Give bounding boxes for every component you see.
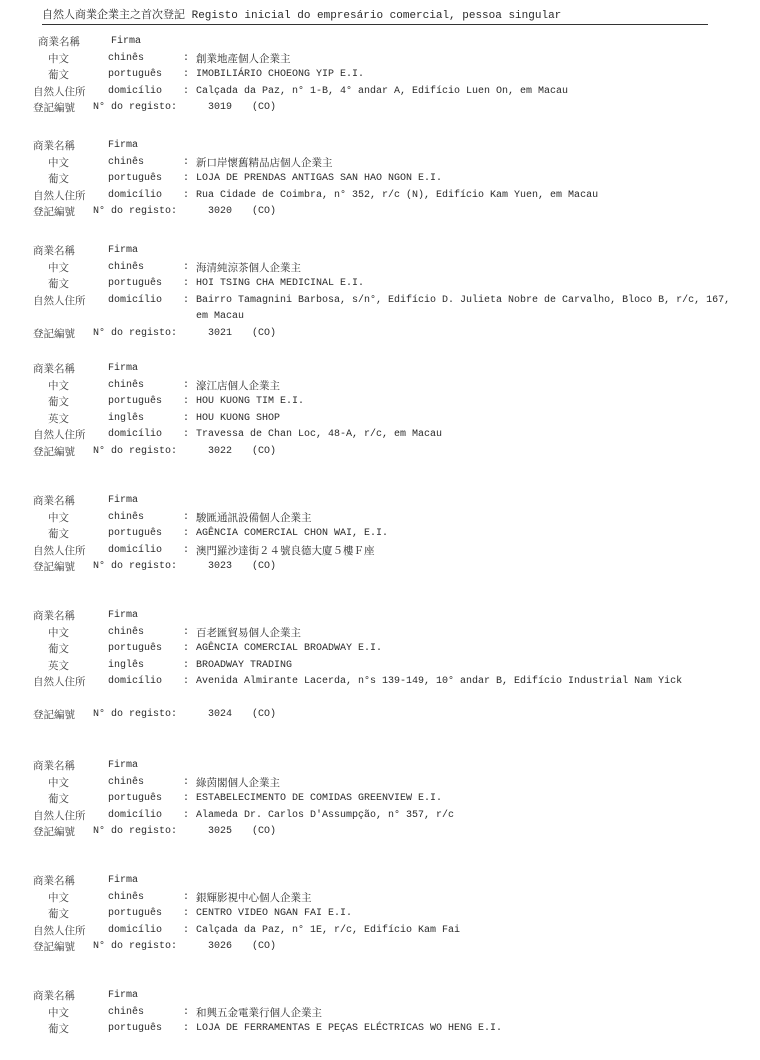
firma-label-zh: 商業名稱 [33,243,75,260]
firma-label-zh: 商業名稱 [33,988,75,1005]
registration-tag: (CO) [252,824,276,841]
firma-row: 商業名稱 Firma [0,243,760,260]
chinese-label-pt: chinês [108,510,144,527]
portuguese-name-value: HOI TSING CHA MEDICINAL E.I. [196,276,364,293]
colon: : [183,641,189,658]
firma-label-zh: 商業名稱 [38,34,80,51]
portuguese-label-zh: 葡文 [48,67,69,84]
colon: : [183,427,189,444]
firma-row: 商業名稱 Firma [0,988,760,1005]
english-label-zh: 英文 [48,658,69,675]
portuguese-label-zh: 葡文 [48,394,69,411]
domicile-value: Calçada da Paz, n° 1E, r/c, Edifício Kam… [196,923,460,940]
chinese-name-row: 中文 chinês : 海清純涼茶個人企業主 [0,260,760,277]
colon: : [183,923,189,940]
portuguese-name-row: 葡文 português : AGÊNCIA COMERCIAL BROADWA… [0,641,760,658]
portuguese-name-row: 葡文 português : IMOBILIÁRIO CHOEONG YIP E… [0,67,760,84]
registration-number: 3026 [208,939,232,956]
domicile-value: Bairro Tamagnini Barbosa, s/n°, Edifício… [196,293,736,326]
registration-entry: 商業名稱 Firma 中文 chinês : 銀輝影視中心個人企業主 葡文 po… [0,873,760,956]
domicile-label-pt: domicílio [108,293,162,310]
firma-label-pt: Firma [111,34,141,51]
chinese-name-value: 駿匯通訊設備個人企業主 [196,510,312,527]
title-portuguese: Registo inicial do empresário comercial,… [192,10,562,22]
registration-label-pt: N° do registo: [93,204,177,221]
firma-row: 商業名稱 Firma [0,758,760,775]
firma-label-pt: Firma [108,608,138,625]
firma-row: 商業名稱 Firma [0,873,760,890]
firma-label-pt: Firma [108,988,138,1005]
portuguese-name-value: AGÊNCIA COMERCIAL BROADWAY E.I. [196,641,382,658]
colon: : [183,1005,189,1022]
domicile-label-pt: domicílio [108,427,162,444]
domicile-label-zh: 自然人住所 [33,543,86,560]
portuguese-name-row: 葡文 português : AGÊNCIA COMERCIAL CHON WA… [0,526,760,543]
registration-number-row: 登記編號 N° do registo: 3021 (CO) [0,326,760,343]
portuguese-label-zh: 葡文 [48,641,69,658]
registration-entry: 商業名稱 Firma 中文 chinês : 創業地產個人企業主 葡文 port… [0,34,760,117]
portuguese-label-zh: 葡文 [48,276,69,293]
registration-number-row: 登記編號 N° do registo: 3023 (CO) [0,559,760,576]
colon: : [183,526,189,543]
registration-entry: 商業名稱 Firma 中文 chinês : 駿匯通訊設備個人企業主 葡文 po… [0,493,760,576]
colon: : [183,906,189,923]
chinese-name-value: 銀輝影視中心個人企業主 [196,890,312,907]
colon: : [183,378,189,395]
domicile-label-zh: 自然人住所 [33,427,86,444]
registration-label-zh: 登記編號 [33,559,75,576]
portuguese-name-row: 葡文 português : HOI TSING CHA MEDICINAL E… [0,276,760,293]
domicile-label-pt: domicílio [108,674,162,691]
domicile-label-zh: 自然人住所 [33,188,86,205]
domicile-label-zh: 自然人住所 [33,808,86,825]
colon: : [183,293,189,310]
portuguese-name-value: ESTABELECIMENTO DE COMIDAS GREENVIEW E.I… [196,791,442,808]
chinese-label-pt: chinês [108,378,144,395]
domicile-row: 自然人住所 domicílio : Rua Cidade de Coimbra,… [0,188,760,205]
chinese-label-pt: chinês [108,890,144,907]
registration-entry: 商業名稱 Firma 中文 chinês : 海清純涼茶個人企業主 葡文 por… [0,243,760,342]
registration-label-zh: 登記編號 [33,100,75,117]
registration-tag: (CO) [252,707,276,724]
portuguese-name-row: 葡文 português : LOJA DE PRENDAS ANTIGAS S… [0,171,760,188]
portuguese-label-pt: português [108,276,162,293]
portuguese-label-pt: português [108,1021,162,1038]
colon: : [183,890,189,907]
domicile-row: 自然人住所 domicílio : Avenida Almirante Lace… [0,674,760,707]
colon: : [183,510,189,527]
registration-number: 3025 [208,824,232,841]
registration-label-pt: N° do registo: [93,444,177,461]
document-title: 自然人商業企業主之首次登記 Registo inicial do empresá… [42,8,708,25]
domicile-value: Rua Cidade de Coimbra, n° 352, r/c (N), … [196,188,598,205]
portuguese-name-value: HOU KUONG TIM E.I. [196,394,304,411]
chinese-label-pt: chinês [108,51,144,68]
registration-number: 3020 [208,204,232,221]
chinese-name-row: 中文 chinês : 濠江店個人企業主 [0,378,760,395]
domicile-value: Avenida Almirante Lacerda, n°s 139-149, … [196,674,716,691]
firma-label-zh: 商業名稱 [33,493,75,510]
portuguese-name-value: LOJA DE FERRAMENTAS E PEÇAS ELÉCTRICAS W… [196,1021,502,1038]
english-name-value: HOU KUONG SHOP [196,411,280,428]
colon: : [183,67,189,84]
portuguese-name-value: AGÊNCIA COMERCIAL CHON WAI, E.I. [196,526,388,543]
chinese-name-value: 綠茵閣個人企業主 [196,775,280,792]
registration-label-pt: N° do registo: [93,559,177,576]
domicile-row: 自然人住所 domicílio : Alameda Dr. Carlos D'A… [0,808,760,825]
portuguese-label-zh: 葡文 [48,1021,69,1038]
domicile-label-zh: 自然人住所 [33,84,86,101]
domicile-row: 自然人住所 domicílio : Calçada da Paz, n° 1-B… [0,84,760,101]
colon: : [183,1021,189,1038]
firma-label-pt: Firma [108,873,138,890]
firma-label-pt: Firma [108,493,138,510]
portuguese-name-row: 葡文 português : ESTABELECIMENTO DE COMIDA… [0,791,760,808]
firma-row: 商業名稱 Firma [0,34,760,51]
chinese-label-zh: 中文 [48,51,69,68]
colon: : [183,394,189,411]
colon: : [183,808,189,825]
registration-number: 3023 [208,559,232,576]
chinese-label-zh: 中文 [48,890,69,907]
portuguese-label-zh: 葡文 [48,791,69,808]
domicile-row: 自然人住所 domicílio : Travessa de Chan Loc, … [0,427,760,444]
portuguese-name-row: 葡文 português : CENTRO VIDEO NGAN FAI E.I… [0,906,760,923]
domicile-label-pt: domicílio [108,188,162,205]
colon: : [183,658,189,675]
domicile-label-pt: domicílio [108,808,162,825]
firma-label-zh: 商業名稱 [33,873,75,890]
domicile-label-pt: domicílio [108,923,162,940]
firma-row: 商業名稱 Firma [0,608,760,625]
registration-number-row: 登記編號 N° do registo: 3019 (CO) [0,100,760,117]
chinese-name-value: 新口岸懷舊精品店個人企業主 [196,155,333,172]
registration-number-row: 登記編號 N° do registo: 3025 (CO) [0,824,760,841]
colon: : [183,791,189,808]
registration-label-zh: 登記編號 [33,326,75,343]
portuguese-name-value: IMOBILIÁRIO CHOEONG YIP E.I. [196,67,364,84]
domicile-row: 自然人住所 domicílio : 澳門羅沙達街２４號良德大廈５樓Ｆ座 [0,543,760,560]
english-name-row: 英文 inglês : HOU KUONG SHOP [0,411,760,428]
colon: : [183,625,189,642]
chinese-name-row: 中文 chinês : 駿匯通訊設備個人企業主 [0,510,760,527]
chinese-name-value: 創業地產個人企業主 [196,51,291,68]
chinese-name-row: 中文 chinês : 綠茵閣個人企業主 [0,775,760,792]
chinese-label-pt: chinês [108,625,144,642]
registration-entry: 商業名稱 Firma 中文 chinês : 濠江店個人企業主 葡文 portu… [0,361,760,460]
chinese-name-row: 中文 chinês : 百老匯貿易個人企業主 [0,625,760,642]
english-name-value: BROADWAY TRADING [196,658,292,675]
portuguese-label-zh: 葡文 [48,526,69,543]
english-name-row: 英文 inglês : BROADWAY TRADING [0,658,760,675]
domicile-row: 自然人住所 domicílio : Calçada da Paz, n° 1E,… [0,923,760,940]
registration-number: 3019 [208,100,232,117]
chinese-name-row: 中文 chinês : 創業地產個人企業主 [0,51,760,68]
colon: : [183,276,189,293]
colon: : [183,171,189,188]
domicile-value: Calçada da Paz, n° 1-B, 4° andar A, Edif… [196,84,568,101]
registration-number: 3024 [208,707,232,724]
chinese-name-row: 中文 chinês : 新口岸懷舊精品店個人企業主 [0,155,760,172]
firma-label-pt: Firma [108,243,138,260]
chinese-name-value: 百老匯貿易個人企業主 [196,625,301,642]
chinese-label-zh: 中文 [48,1005,69,1022]
chinese-label-zh: 中文 [48,155,69,172]
domicile-label-zh: 自然人住所 [33,293,86,310]
chinese-label-zh: 中文 [48,510,69,527]
english-label-pt: inglês [108,658,144,675]
firma-label-pt: Firma [108,361,138,378]
chinese-label-zh: 中文 [48,260,69,277]
firma-label-zh: 商業名稱 [33,361,75,378]
portuguese-label-pt: português [108,641,162,658]
chinese-name-value: 濠江店個人企業主 [196,378,280,395]
portuguese-name-row: 葡文 português : LOJA DE FERRAMENTAS E PEÇ… [0,1021,760,1038]
registration-number-row: 登記編號 N° do registo: 3020 (CO) [0,204,760,221]
registration-label-pt: N° do registo: [93,326,177,343]
registration-label-pt: N° do registo: [93,939,177,956]
colon: : [183,188,189,205]
registration-label-zh: 登記編號 [33,939,75,956]
colon: : [183,543,189,560]
english-label-pt: inglês [108,411,144,428]
portuguese-label-pt: português [108,906,162,923]
portuguese-label-pt: português [108,67,162,84]
chinese-label-pt: chinês [108,775,144,792]
portuguese-label-pt: português [108,394,162,411]
registration-label-zh: 登記編號 [33,707,75,724]
chinese-name-row: 中文 chinês : 和興五金電業行個人企業主 [0,1005,760,1022]
registration-entry: 商業名稱 Firma 中文 chinês : 和興五金電業行個人企業主 葡文 p… [0,988,760,1038]
title-chinese: 自然人商業企業主之首次登記 [42,8,185,21]
domicile-value: Alameda Dr. Carlos D'Assumpção, n° 357, … [196,808,454,825]
firma-label-zh: 商業名稱 [33,138,75,155]
colon: : [183,674,189,691]
registration-entry: 商業名稱 Firma 中文 chinês : 綠茵閣個人企業主 葡文 portu… [0,758,760,841]
domicile-label-zh: 自然人住所 [33,674,86,691]
domicile-value: Travessa de Chan Loc, 48-A, r/c, em Maca… [196,427,442,444]
registration-number-row: 登記編號 N° do registo: 3022 (CO) [0,444,760,461]
firma-label-pt: Firma [108,138,138,155]
firma-row: 商業名稱 Firma [0,493,760,510]
registration-tag: (CO) [252,100,276,117]
domicile-label-pt: domicílio [108,543,162,560]
registration-tag: (CO) [252,444,276,461]
registration-number-row: 登記編號 N° do registo: 3024 (CO) [0,707,760,724]
colon: : [183,775,189,792]
registration-label-pt: N° do registo: [93,824,177,841]
firma-label-pt: Firma [108,758,138,775]
domicile-label-pt: domicílio [108,84,162,101]
firma-row: 商業名稱 Firma [0,361,760,378]
portuguese-name-row: 葡文 português : HOU KUONG TIM E.I. [0,394,760,411]
colon: : [183,260,189,277]
portuguese-label-pt: português [108,526,162,543]
registration-entry: 商業名稱 Firma 中文 chinês : 新口岸懷舊精品店個人企業主 葡文 … [0,138,760,221]
chinese-label-zh: 中文 [48,775,69,792]
portuguese-label-pt: português [108,791,162,808]
colon: : [183,51,189,68]
firma-label-zh: 商業名稱 [33,758,75,775]
portuguese-label-zh: 葡文 [48,906,69,923]
registration-tag: (CO) [252,559,276,576]
domicile-value: 澳門羅沙達街２４號良德大廈５樓Ｆ座 [196,543,375,560]
registration-number: 3022 [208,444,232,461]
portuguese-label-zh: 葡文 [48,171,69,188]
registration-tag: (CO) [252,204,276,221]
colon: : [183,155,189,172]
portuguese-label-pt: português [108,171,162,188]
chinese-label-pt: chinês [108,260,144,277]
registration-label-pt: N° do registo: [93,707,177,724]
domicile-label-zh: 自然人住所 [33,923,86,940]
colon: : [183,84,189,101]
chinese-name-row: 中文 chinês : 銀輝影視中心個人企業主 [0,890,760,907]
firma-label-zh: 商業名稱 [33,608,75,625]
registration-label-zh: 登記編號 [33,824,75,841]
chinese-label-pt: chinês [108,155,144,172]
registration-number: 3021 [208,326,232,343]
firma-row: 商業名稱 Firma [0,138,760,155]
registration-number-row: 登記編號 N° do registo: 3026 (CO) [0,939,760,956]
colon: : [183,411,189,428]
registration-tag: (CO) [252,939,276,956]
chinese-label-zh: 中文 [48,378,69,395]
chinese-label-zh: 中文 [48,625,69,642]
portuguese-name-value: CENTRO VIDEO NGAN FAI E.I. [196,906,352,923]
registration-tag: (CO) [252,326,276,343]
chinese-name-value: 和興五金電業行個人企業主 [196,1005,322,1022]
chinese-label-pt: chinês [108,1005,144,1022]
english-label-zh: 英文 [48,411,69,428]
registration-label-pt: N° do registo: [93,100,177,117]
portuguese-name-value: LOJA DE PRENDAS ANTIGAS SAN HAO NGON E.I… [196,171,442,188]
domicile-row: 自然人住所 domicílio : Bairro Tamagnini Barbo… [0,293,760,326]
chinese-name-value: 海清純涼茶個人企業主 [196,260,301,277]
registration-label-zh: 登記編號 [33,204,75,221]
registration-entry: 商業名稱 Firma 中文 chinês : 百老匯貿易個人企業主 葡文 por… [0,608,760,724]
registration-label-zh: 登記編號 [33,444,75,461]
